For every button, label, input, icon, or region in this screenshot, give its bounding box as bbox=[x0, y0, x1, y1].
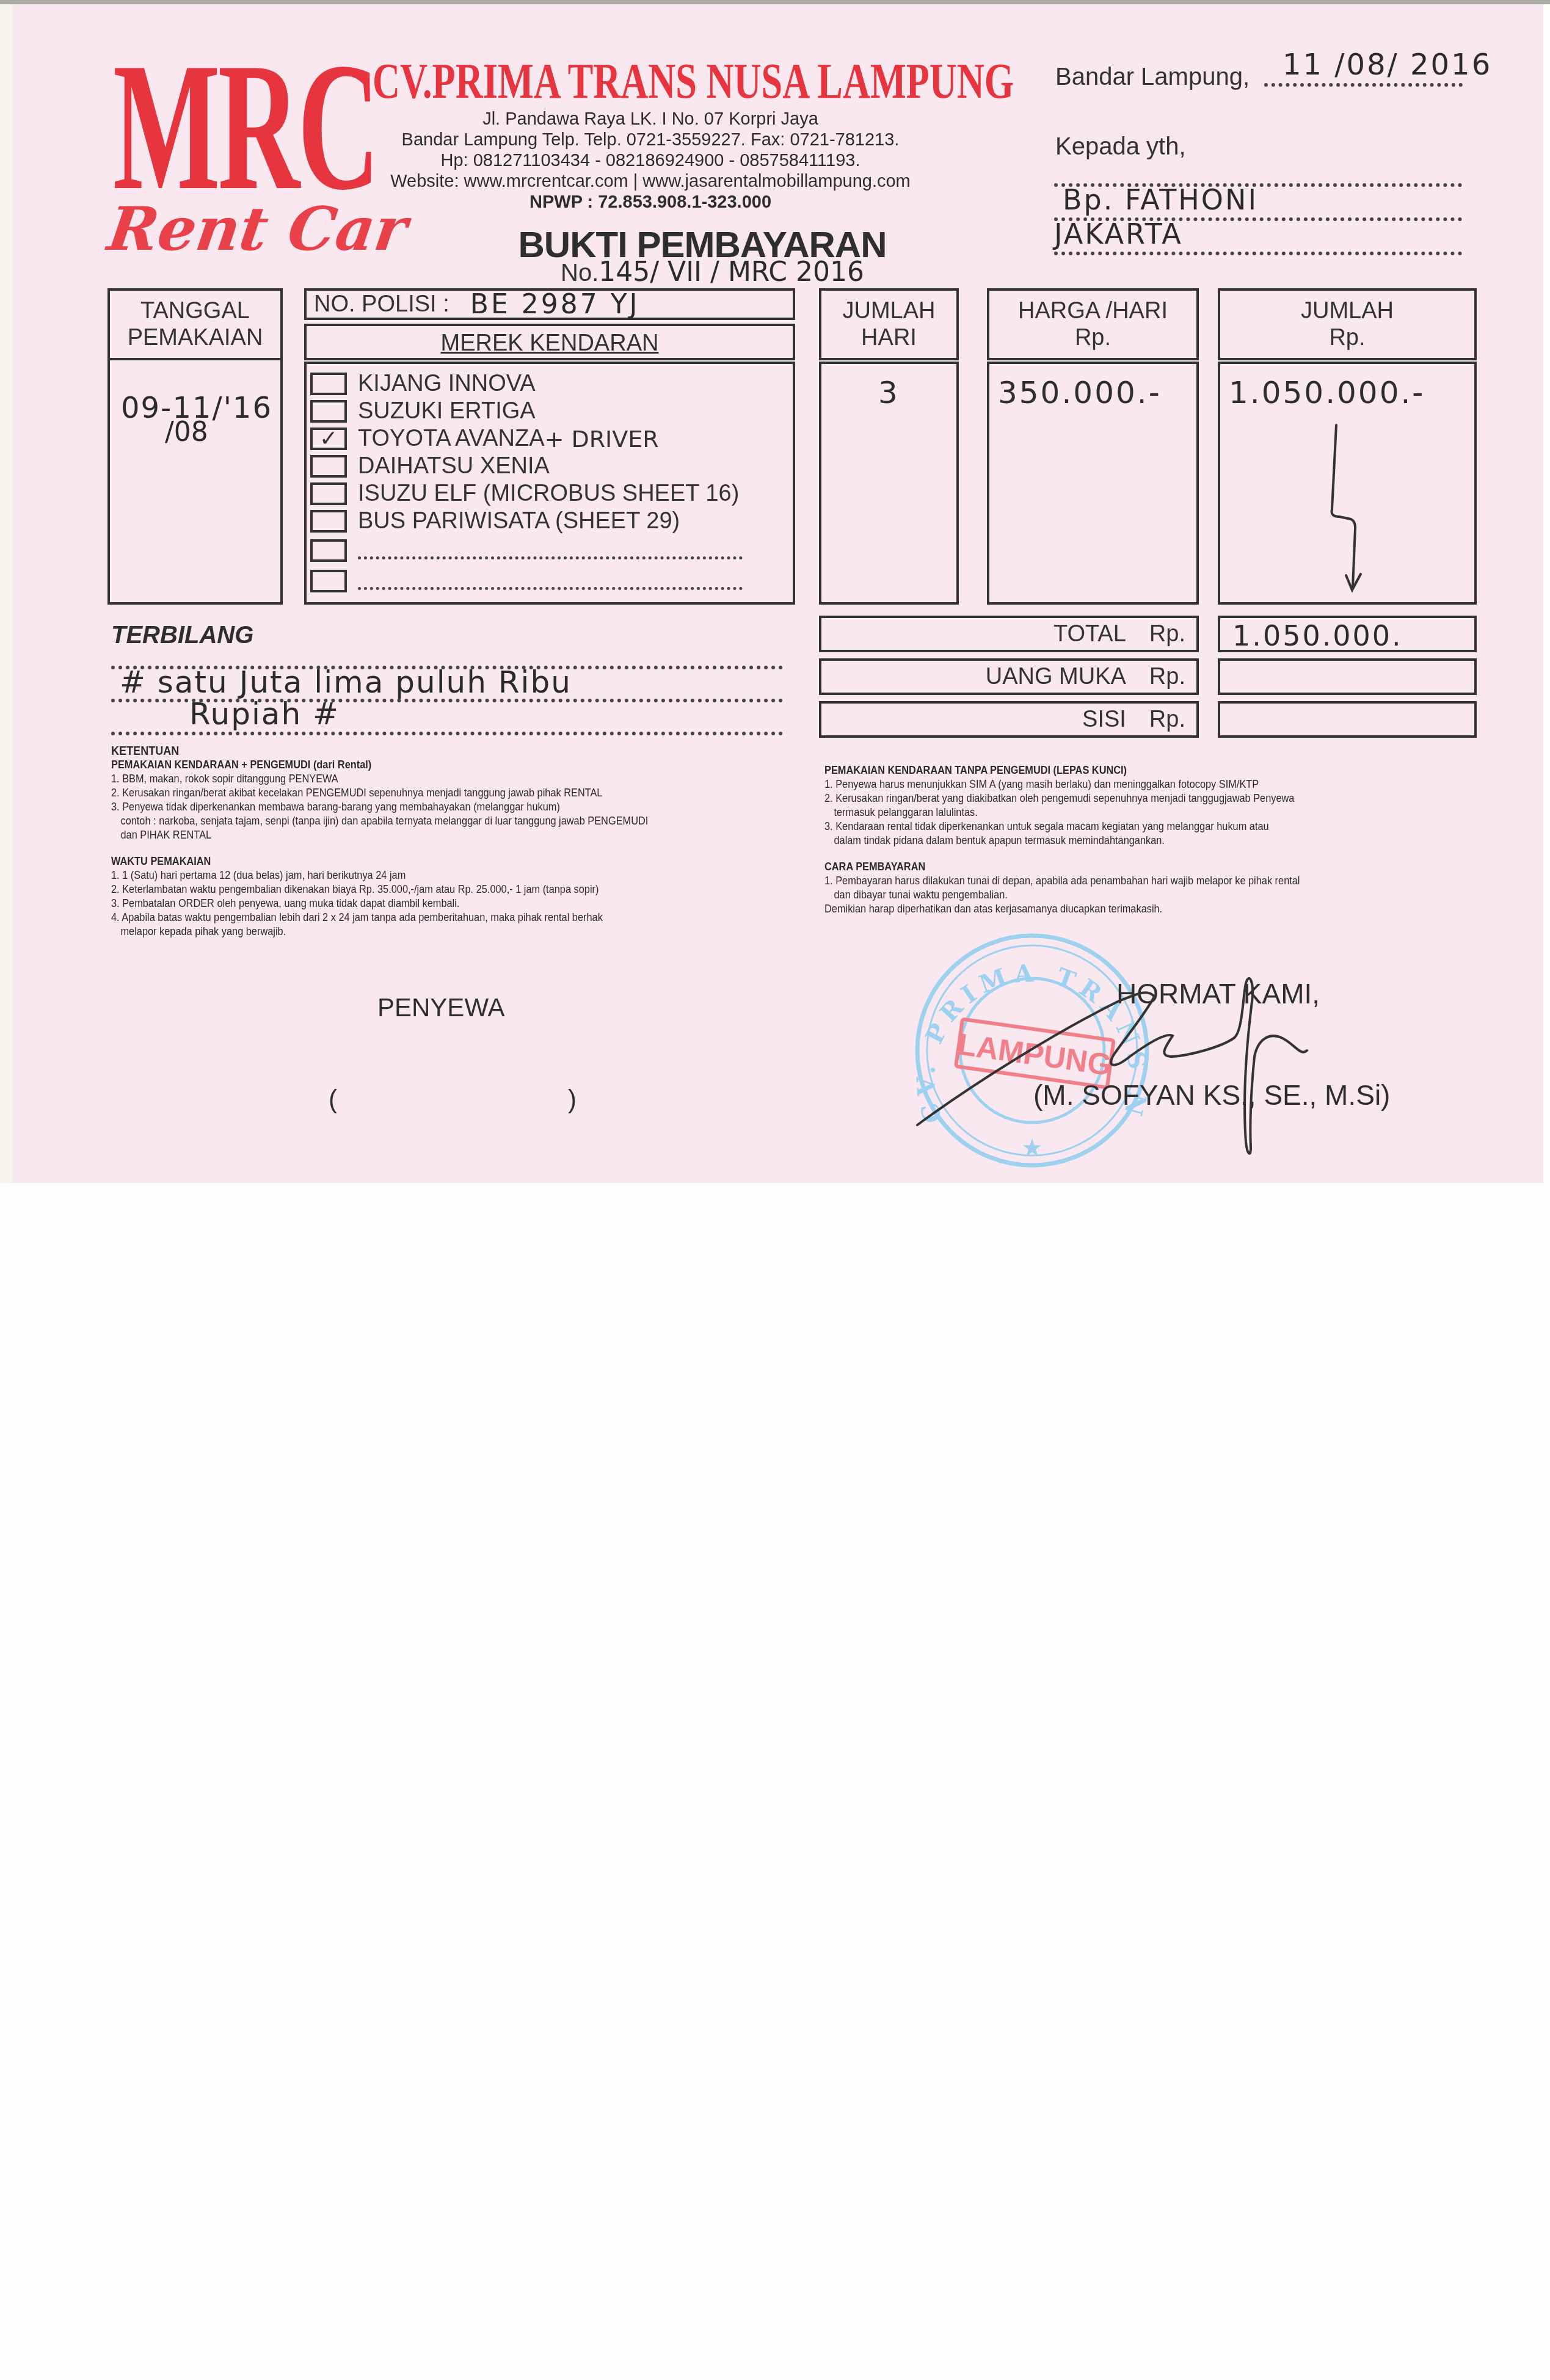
balance-value-box[interactable] bbox=[1218, 701, 1477, 738]
date-line bbox=[1264, 83, 1463, 87]
terms-right-s1-item: dalam tindak pidana dalam bentuk apapun … bbox=[824, 834, 1300, 848]
recipient-label: Kepada yth, bbox=[1055, 133, 1186, 161]
down-arrow-icon bbox=[1220, 364, 1479, 607]
vehicle-option[interactable] bbox=[310, 566, 743, 596]
terms-left-section1-title: PEMAKAIAN KENDARAAN + PENGEMUDI (dari Re… bbox=[111, 758, 648, 772]
terms-title: KETENTUAN bbox=[111, 744, 648, 758]
document-number-value: 145/ VII / MRC 2016 bbox=[599, 257, 864, 288]
renter-label: PENYEWA bbox=[377, 993, 504, 1022]
checkbox[interactable] bbox=[310, 482, 347, 505]
recipient-line-3 bbox=[1054, 252, 1462, 255]
terms-left: KETENTUAN PEMAKAIAN KENDARAAN + PENGEMUD… bbox=[111, 744, 648, 939]
vehicle-option[interactable]: ✓TOYOTA AVANZA+ DRIVER bbox=[310, 425, 743, 453]
header-jumlah-hari: JUMLAH HARI bbox=[819, 288, 959, 360]
terbilang-text-line1[interactable]: # satu Juta lima puluh Ribu bbox=[120, 664, 572, 700]
checkbox[interactable] bbox=[310, 570, 347, 592]
terms-left-s1-item: 1. BBM, makan, rokok sopir ditanggung PE… bbox=[111, 772, 648, 786]
balance-currency: Rp. bbox=[1149, 707, 1185, 733]
company-website: Website: www.mrcrentcar.com | www.jasare… bbox=[342, 171, 959, 192]
terms-left-s2-item: 1. 1 (Satu) hari pertama 12 (dua belas) … bbox=[111, 868, 648, 882]
terms-left-s1-item: 3. Penyewa tidak diperkenankan membawa b… bbox=[111, 800, 648, 814]
scan-top-edge bbox=[0, 0, 1550, 4]
terms-right-s2-item: Demikian harap diperhatikan dan atas ker… bbox=[824, 902, 1300, 916]
vehicle-option-blank-line[interactable] bbox=[358, 542, 743, 559]
vehicle-option-note: + DRIVER bbox=[544, 426, 658, 453]
down-payment-label: UANG MUKA bbox=[986, 664, 1126, 690]
recipient-city[interactable]: JAKARTA bbox=[1054, 217, 1183, 250]
header-amount-line1: JUMLAH bbox=[1301, 297, 1394, 324]
police-number-label: NO. POLISI : bbox=[314, 291, 449, 318]
checkbox[interactable] bbox=[310, 539, 347, 562]
vehicle-option-label: TOYOTA AVANZA bbox=[358, 426, 544, 452]
amount-cell[interactable]: 1.050.000.- bbox=[1218, 362, 1477, 605]
vehicle-option[interactable] bbox=[310, 535, 743, 566]
checkbox-checked[interactable]: ✓ bbox=[310, 428, 347, 450]
vehicle-option[interactable]: SUZUKI ERTIGA bbox=[310, 398, 743, 425]
total-value-box[interactable]: 1.050.000. bbox=[1218, 616, 1477, 652]
checkbox[interactable] bbox=[310, 455, 347, 478]
terms-left-s2-item: melapor kepada pihak yang berwajib. bbox=[111, 925, 648, 939]
company-npwp: NPWP : 72.853.908.1-323.000 bbox=[342, 192, 959, 213]
vehicle-option-label: BUS PARIWISATA (SHEET 29) bbox=[358, 508, 680, 534]
terms-left-s1-item: 2. Kerusakan ringan/berat akibat kecelak… bbox=[111, 786, 648, 800]
place-label: Bandar Lampung, bbox=[1055, 64, 1250, 91]
checkbox[interactable] bbox=[310, 373, 347, 395]
renter-sign-open: ( bbox=[329, 1085, 337, 1114]
document-number: No.145/ VII / MRC 2016 bbox=[561, 257, 864, 288]
vehicle-option-label: DAIHATSU XENIA bbox=[358, 453, 550, 479]
terms-right-s1-item: 1. Penyewa harus menunjukkan SIM A (yang… bbox=[824, 777, 1300, 792]
logo-mrc: MRC bbox=[113, 44, 377, 209]
usage-date-line2: /08 bbox=[165, 417, 208, 448]
header-amount-line2: Rp. bbox=[1329, 324, 1365, 351]
price-value: 350.000.- bbox=[998, 375, 1162, 410]
receipt-date[interactable]: 11 /08/ 2016 bbox=[1283, 48, 1492, 82]
terms-left-s1-item: dan PIHAK RENTAL bbox=[111, 828, 648, 842]
balance-label-box: SISIRp. bbox=[819, 701, 1199, 738]
terms-left-s2-item: 4. Apabila batas waktu pengembalian lebi… bbox=[111, 911, 648, 925]
total-currency: Rp. bbox=[1149, 621, 1185, 647]
renter-signature-area[interactable] bbox=[348, 1085, 562, 1121]
header-tanggal-line2: PEMAKAIAN bbox=[128, 324, 263, 351]
vehicle-option[interactable]: ISUZU ELF (MICROBUS SHEET 16) bbox=[310, 480, 743, 508]
company-name: CV.PRIMA TRANS NUSA LAMPUNG bbox=[373, 54, 837, 109]
vehicle-option[interactable]: KIJANG INNOVA bbox=[310, 370, 743, 398]
vehicle-option[interactable]: DAIHATSU XENIA bbox=[310, 453, 743, 480]
terms-left-section2-title: WAKTU PEMAKAIAN bbox=[111, 854, 648, 868]
terms-left-s2-item: 2. Keterlambatan waktu pengembalian dike… bbox=[111, 882, 648, 897]
header-merek-kendaran: MEREK KENDARAN bbox=[304, 324, 795, 360]
vehicle-option-label: SUZUKI ERTIGA bbox=[358, 398, 536, 424]
header-price-line2: Rp. bbox=[1075, 324, 1111, 351]
company-city-phone: Bandar Lampung Telp. Telp. 0721-3559227.… bbox=[342, 129, 959, 151]
terms-left-s2-item: 3. Pembatalan ORDER oleh penyewa, uang m… bbox=[111, 897, 648, 911]
company-mobile: Hp: 081271103434 - 082186924900 - 085758… bbox=[342, 150, 959, 172]
days-cell[interactable]: 3 bbox=[819, 362, 959, 605]
police-number-field[interactable]: NO. POLISI : BE 2987 YJ bbox=[304, 288, 795, 320]
terbilang-label: TERBILANG bbox=[111, 622, 253, 649]
terbilang-text-line2[interactable]: Rupiah # bbox=[189, 696, 340, 732]
terms-right-s1-item: termasuk pelanggaran lalulintas. bbox=[824, 806, 1300, 820]
balance-label: SISI bbox=[1082, 707, 1126, 733]
header-tanggal-pemakaian: TANGGAL PEMAKAIAN bbox=[107, 288, 283, 360]
company-address: Jl. Pandawa Raya LK. I No. 07 Korpri Jay… bbox=[342, 109, 959, 130]
down-payment-value-box[interactable] bbox=[1218, 658, 1477, 695]
scan-left-edge bbox=[0, 4, 12, 1183]
renter-sign-close: ) bbox=[568, 1085, 577, 1114]
recipient-name[interactable]: Bp. FATHONI bbox=[1063, 183, 1258, 216]
checkbox[interactable] bbox=[310, 510, 347, 533]
days-value: 3 bbox=[821, 375, 956, 410]
header-jumlah: JUMLAH Rp. bbox=[1218, 288, 1477, 360]
terms-right: PEMAKAIAN KENDARAAN TANPA PENGEMUDI (LEP… bbox=[824, 763, 1300, 916]
down-payment-label-box: UANG MUKARp. bbox=[819, 658, 1199, 695]
vehicle-option[interactable]: BUS PARIWISATA (SHEET 29) bbox=[310, 508, 743, 535]
checkbox[interactable] bbox=[310, 400, 347, 423]
terms-right-s2-item: dan dibayar tunai waktu pengembalian. bbox=[824, 888, 1300, 902]
terms-right-s1-item: 2. Kerusakan ringan/berat yang diakibatk… bbox=[824, 792, 1300, 806]
vehicle-option-blank-line[interactable] bbox=[358, 572, 743, 590]
vehicle-option-label: ISUZU ELF (MICROBUS SHEET 16) bbox=[358, 481, 739, 507]
handwritten-signature bbox=[904, 965, 1490, 1185]
terms-right-s1-item: 3. Kendaraan rental tidak diperkenankan … bbox=[824, 820, 1300, 834]
document-number-prefix: No. bbox=[561, 260, 599, 286]
header-days-line2: HARI bbox=[861, 324, 917, 351]
terms-left-s1-item: contoh : narkoba, senjata tajam, senpi (… bbox=[111, 814, 648, 828]
header-harga-hari: HARGA /HARI Rp. bbox=[987, 288, 1199, 360]
terbilang-line-3 bbox=[111, 732, 783, 735]
terms-right-s2-item: 1. Pembayaran harus dilakukan tunai di d… bbox=[824, 874, 1300, 888]
header-days-line1: JUMLAH bbox=[842, 297, 935, 324]
price-cell[interactable]: 350.000.- bbox=[987, 362, 1199, 605]
terms-right-section2-title: CARA PEMBAYARAN bbox=[824, 860, 1300, 874]
usage-date-cell[interactable]: 09-11/'16 /08 bbox=[107, 358, 283, 605]
terms-right-section1-title: PEMAKAIAN KENDARAAN TANPA PENGEMUDI (LEP… bbox=[824, 763, 1300, 777]
header-tanggal-line1: TANGGAL bbox=[140, 297, 250, 324]
police-number-value: BE 2987 YJ bbox=[470, 289, 640, 320]
vehicle-checklist: KIJANG INNOVASUZUKI ERTIGA✓TOYOTA AVANZA… bbox=[310, 370, 743, 596]
header-price-line1: HARGA /HARI bbox=[1018, 297, 1168, 324]
total-label-box: TOTALRp. bbox=[819, 616, 1199, 652]
total-label: TOTAL bbox=[1053, 621, 1126, 647]
total-value: 1.050.000. bbox=[1232, 619, 1403, 652]
down-payment-currency: Rp. bbox=[1149, 664, 1185, 690]
vehicle-option-label: KIJANG INNOVA bbox=[358, 371, 536, 397]
